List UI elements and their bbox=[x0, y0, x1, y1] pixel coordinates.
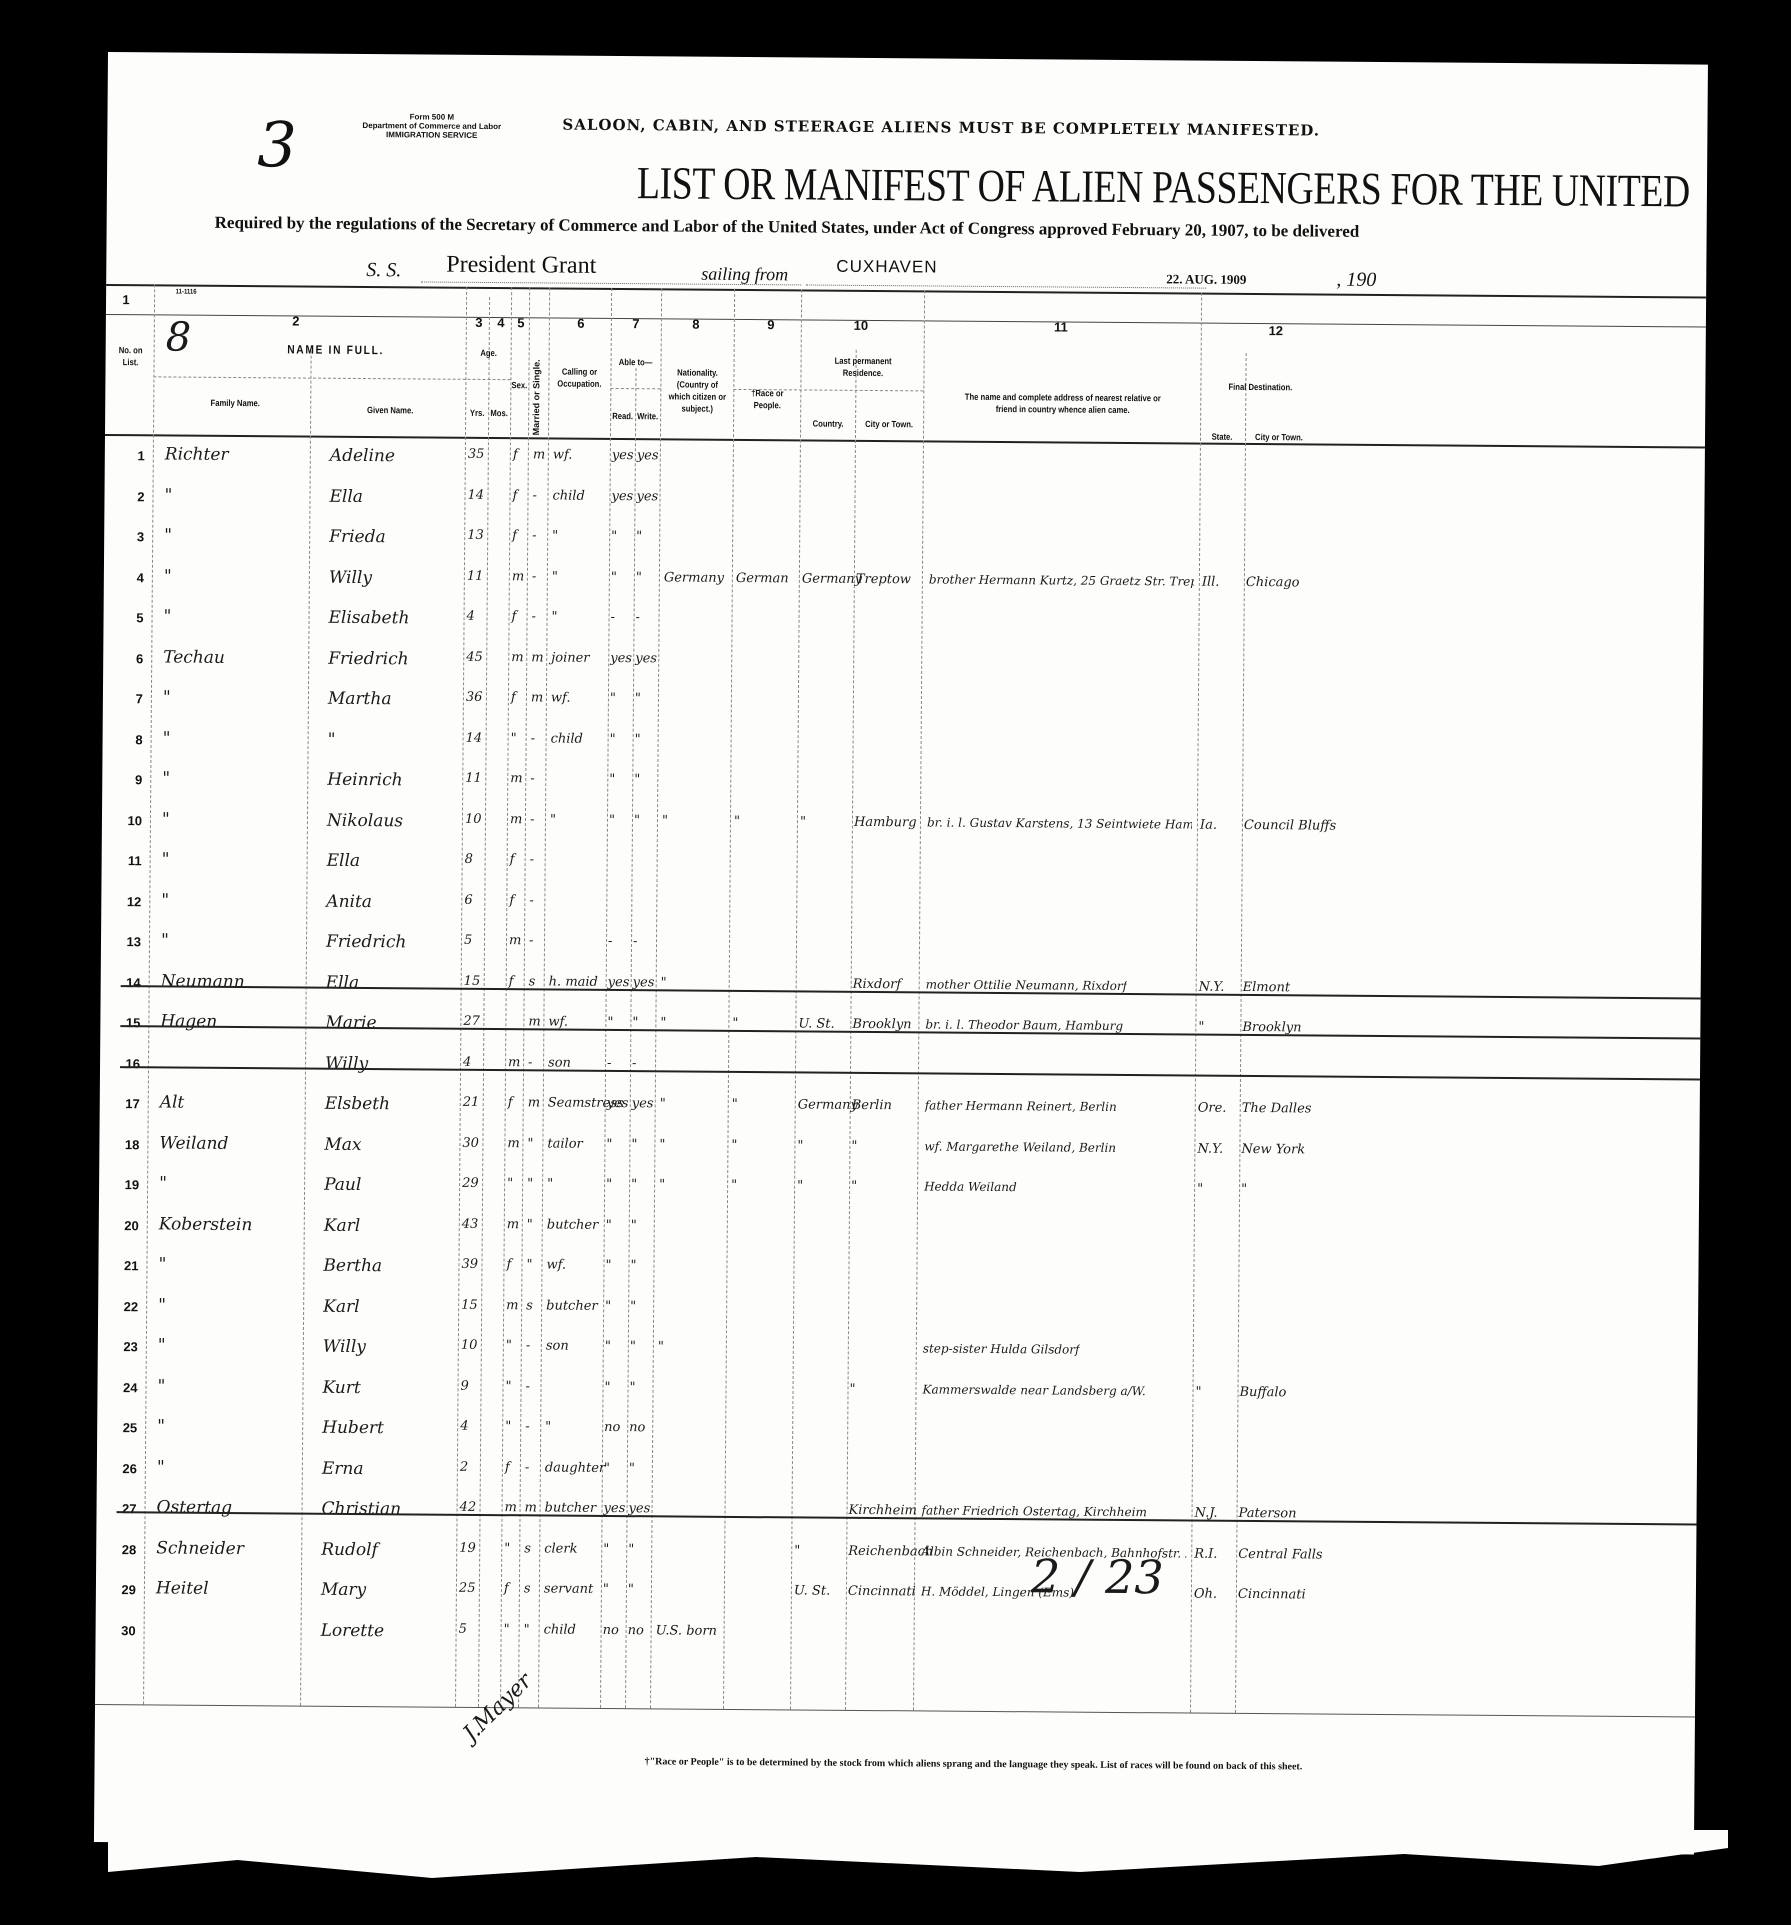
age: 6 bbox=[464, 892, 472, 907]
residence-city: Hamburg bbox=[854, 814, 917, 829]
age: 10 bbox=[461, 1338, 478, 1353]
row-number: 23 bbox=[98, 1339, 138, 1354]
family-name: " bbox=[162, 809, 170, 829]
ship-prefix: S. S. bbox=[366, 259, 401, 282]
given-name: " bbox=[328, 729, 336, 749]
manifest-banner: SALOON, CABIN, AND STEERAGE ALIENS MUST … bbox=[562, 116, 1320, 140]
destination-city: Cincinnati bbox=[1238, 1587, 1306, 1603]
header-city: City or Town. bbox=[862, 418, 916, 430]
row-number: 29 bbox=[96, 1582, 136, 1597]
family-name: " bbox=[163, 728, 171, 748]
can-write: " bbox=[632, 1015, 638, 1030]
can-write: yes bbox=[629, 1501, 651, 1516]
sex: " bbox=[505, 1379, 511, 1394]
given-name: Anita bbox=[326, 891, 372, 911]
header-able-to: Able to— bbox=[616, 356, 655, 368]
sex: f bbox=[504, 1581, 509, 1596]
document-title: LIST OR MANIFEST OF ALIEN PASSENGERS FOR… bbox=[637, 156, 1690, 217]
row-number: 9 bbox=[102, 772, 142, 787]
given-name: Karl bbox=[323, 1296, 360, 1316]
sex: f bbox=[513, 447, 518, 462]
can-write: " bbox=[636, 529, 642, 544]
age: 4 bbox=[460, 1419, 468, 1434]
occupation: son bbox=[548, 1055, 571, 1070]
year-suffix: , 190 bbox=[1336, 269, 1376, 292]
residence-country: U. St. bbox=[798, 1016, 834, 1031]
can-read: yes bbox=[610, 650, 632, 665]
given-name: Elsbeth bbox=[325, 1094, 390, 1115]
residence-city: " bbox=[849, 1381, 855, 1396]
occupation: " bbox=[552, 569, 558, 584]
destination-city: Buffalo bbox=[1239, 1384, 1286, 1399]
nationality: " bbox=[660, 1096, 666, 1111]
occupation: " bbox=[552, 529, 558, 544]
destination-state: N.Y. bbox=[1197, 1141, 1223, 1156]
header-final-destination: Final Destination. bbox=[1214, 381, 1308, 394]
given-name: Karl bbox=[324, 1215, 361, 1235]
age: 8 bbox=[465, 852, 473, 867]
sex: f bbox=[510, 852, 515, 867]
destination-state: Ore. bbox=[1198, 1101, 1227, 1116]
family-name: Ostertag bbox=[156, 1497, 232, 1518]
destination-city: The Dalles bbox=[1242, 1101, 1312, 1117]
nearest-relative: brother Hermann Kurtz, 25 Graetz Str. Tr… bbox=[929, 572, 1194, 588]
tally-annotation: 2 / 23 bbox=[1031, 1549, 1164, 1604]
can-write: " bbox=[628, 1542, 634, 1557]
date-stamp: 22. AUG. 1909 bbox=[1166, 271, 1246, 288]
can-read: yes bbox=[604, 1501, 626, 1516]
given-name: Max bbox=[324, 1134, 361, 1154]
age: 15 bbox=[461, 1297, 478, 1312]
header-read: Read. bbox=[612, 410, 633, 422]
can-read: " bbox=[611, 569, 617, 584]
header-last-residence: Last permanent Residence. bbox=[814, 355, 912, 380]
sex: f bbox=[512, 488, 517, 503]
race: " bbox=[731, 1178, 737, 1193]
marital-status: - bbox=[532, 488, 537, 503]
race: " bbox=[732, 1016, 738, 1031]
family-name: " bbox=[158, 1254, 166, 1274]
age: 35 bbox=[468, 447, 485, 462]
age: 36 bbox=[466, 690, 483, 705]
nearest-relative: step-sister Hulda Gilsdorf bbox=[923, 1341, 1080, 1356]
row-number: 16 bbox=[100, 1055, 140, 1070]
family-name: " bbox=[158, 1335, 166, 1355]
can-write: yes bbox=[632, 1096, 654, 1111]
destination-city: Chicago bbox=[1246, 574, 1300, 589]
sex: " bbox=[511, 731, 517, 746]
age: 25 bbox=[459, 1581, 476, 1596]
can-write: no bbox=[628, 1623, 644, 1638]
can-read: no bbox=[604, 1420, 620, 1435]
race-footnote: †"Race or People" is to be determined by… bbox=[645, 1756, 1303, 1772]
can-read: " bbox=[603, 1541, 609, 1556]
occupation: daughter bbox=[545, 1460, 605, 1475]
can-read: " bbox=[603, 1582, 609, 1597]
marital-status: - bbox=[529, 893, 534, 908]
nearest-relative: wf. Margarethe Weiland, Berlin bbox=[924, 1139, 1116, 1155]
nationality: " bbox=[659, 1177, 665, 1192]
sex: m bbox=[510, 812, 522, 827]
can-read: yes bbox=[608, 974, 630, 989]
family-name: Koberstein bbox=[159, 1214, 253, 1235]
given-name: Erna bbox=[322, 1458, 364, 1478]
row-number: 14 bbox=[101, 974, 141, 989]
nationality: " bbox=[661, 975, 667, 990]
occupation: butcher bbox=[546, 1298, 598, 1313]
family-name: Techau bbox=[163, 647, 225, 667]
list-mark: 8 bbox=[166, 314, 192, 360]
marital-status: m bbox=[525, 1500, 537, 1515]
residence-country: U. St. bbox=[794, 1583, 830, 1598]
family-name: " bbox=[163, 687, 171, 707]
sex: f bbox=[508, 1095, 513, 1110]
family-name: " bbox=[164, 525, 172, 545]
family-name: Neumann bbox=[161, 971, 245, 992]
can-write: " bbox=[631, 1218, 637, 1233]
header-yrs: Yrs. bbox=[468, 407, 487, 419]
can-write: " bbox=[630, 1299, 636, 1314]
sex: f bbox=[511, 690, 516, 705]
given-name: Mary bbox=[321, 1580, 366, 1600]
can-write: yes bbox=[637, 448, 659, 463]
row-number: 18 bbox=[99, 1136, 139, 1151]
family-name: " bbox=[159, 1173, 167, 1193]
can-write: no bbox=[629, 1420, 645, 1435]
header-nationality: Nationality. (Country of which citizen o… bbox=[667, 366, 727, 414]
given-name: Lorette bbox=[321, 1620, 385, 1640]
row-number: 1 bbox=[105, 448, 145, 463]
header-family-name: Family Name. bbox=[193, 397, 278, 410]
marital-status: " bbox=[527, 1217, 533, 1232]
marital-status: - bbox=[530, 812, 535, 827]
occupation: wf. bbox=[553, 448, 573, 463]
destination-city: Central Falls bbox=[1238, 1546, 1322, 1562]
destination-state: " bbox=[1198, 1020, 1204, 1035]
age: 5 bbox=[464, 933, 472, 948]
can-read: " bbox=[606, 1136, 612, 1151]
occupation: servant bbox=[544, 1581, 593, 1596]
row-number: 3 bbox=[104, 529, 144, 544]
header-married-single: Married or Single. bbox=[531, 347, 542, 435]
marital-status: - bbox=[532, 569, 537, 584]
family-name: Richter bbox=[165, 444, 229, 464]
given-name: Willy bbox=[329, 567, 372, 587]
can-read: " bbox=[605, 1258, 611, 1273]
can-write: " bbox=[629, 1461, 635, 1476]
marital-status: s bbox=[529, 974, 536, 989]
family-name: Weiland bbox=[159, 1133, 228, 1154]
sex: " bbox=[507, 1176, 513, 1191]
can-read: " bbox=[606, 1177, 612, 1192]
header-no-on-list: No. on List. bbox=[114, 344, 148, 368]
can-write: yes bbox=[636, 489, 658, 504]
given-name: Adeline bbox=[330, 446, 395, 467]
header-state: State. bbox=[1204, 431, 1240, 443]
family-name: " bbox=[164, 485, 172, 505]
row-number: 10 bbox=[102, 812, 142, 827]
given-name: Bertha bbox=[323, 1256, 382, 1276]
age: 19 bbox=[459, 1540, 476, 1555]
family-name: " bbox=[162, 768, 170, 788]
destination-state: N.Y. bbox=[1199, 979, 1225, 994]
nearest-relative: br. i. l. Gustav Karstens, 13 Seintwiete… bbox=[927, 815, 1192, 831]
occupation: wf. bbox=[548, 1014, 568, 1029]
can-read: " bbox=[607, 1015, 613, 1030]
row-number: 19 bbox=[99, 1177, 139, 1192]
race: German bbox=[736, 570, 789, 585]
marital-status: - bbox=[530, 771, 535, 786]
age: 39 bbox=[461, 1257, 478, 1272]
residence-country: " bbox=[794, 1543, 800, 1558]
can-write: yes bbox=[633, 975, 655, 990]
can-read: - bbox=[611, 610, 616, 625]
row-number: 21 bbox=[98, 1258, 138, 1273]
marital-status: m bbox=[531, 690, 543, 705]
given-name: Willy bbox=[323, 1337, 366, 1357]
destination-state: R.I. bbox=[1194, 1546, 1217, 1561]
residence-city: " bbox=[851, 1138, 857, 1153]
destination-city: Council Bluffs bbox=[1244, 817, 1336, 833]
residence-city: Berlin bbox=[852, 1098, 892, 1113]
ship-name: President Grant bbox=[446, 252, 596, 280]
occupation: child bbox=[551, 731, 583, 746]
sex: f bbox=[509, 974, 514, 989]
row-number: 27 bbox=[97, 1501, 137, 1516]
header-mos: Mos. bbox=[490, 407, 509, 419]
nationality: " bbox=[660, 1015, 666, 1030]
age: 42 bbox=[460, 1500, 477, 1515]
occupation: wf. bbox=[546, 1257, 566, 1272]
marital-status: " bbox=[526, 1257, 532, 1272]
can-write: yes bbox=[635, 651, 657, 666]
nearest-relative: father Hermann Reinert, Berlin bbox=[925, 1098, 1117, 1114]
age: 30 bbox=[462, 1135, 479, 1150]
given-name: Friedrich bbox=[328, 648, 408, 669]
occupation: " bbox=[545, 1419, 551, 1434]
given-name: Willy bbox=[325, 1053, 368, 1073]
occupation: " bbox=[547, 1176, 553, 1191]
marital-status: " bbox=[524, 1622, 530, 1637]
age: 14 bbox=[466, 730, 483, 745]
family-name: " bbox=[157, 1416, 165, 1436]
occupation: joiner bbox=[551, 650, 589, 665]
nearest-relative: br. i. l. Theodor Baum, Hamburg bbox=[925, 1017, 1123, 1033]
can-read: " bbox=[604, 1379, 610, 1394]
marital-status: " bbox=[527, 1136, 533, 1151]
can-read: " bbox=[610, 731, 616, 746]
can-read: yes bbox=[607, 1096, 629, 1111]
nationality: " bbox=[658, 1339, 664, 1354]
age: 10 bbox=[465, 811, 482, 826]
residence-country: " bbox=[797, 1138, 803, 1153]
sex: f bbox=[509, 893, 514, 908]
row-number: 26 bbox=[97, 1460, 137, 1475]
can-read: " bbox=[604, 1460, 610, 1475]
age: 4 bbox=[467, 609, 475, 624]
race: " bbox=[734, 813, 740, 828]
can-read: " bbox=[609, 812, 615, 827]
age: 2 bbox=[460, 1459, 468, 1474]
given-name: Elisabeth bbox=[328, 608, 409, 629]
age: 21 bbox=[463, 1095, 480, 1110]
given-name: Ella bbox=[326, 972, 360, 992]
family-name: Hagen bbox=[160, 1011, 217, 1031]
sex: m bbox=[512, 569, 524, 584]
residence-country: Germany bbox=[798, 1097, 858, 1112]
residence-country: " bbox=[800, 814, 806, 829]
sex: " bbox=[505, 1419, 511, 1434]
row-number: 11 bbox=[102, 853, 142, 868]
sex: f bbox=[512, 609, 517, 624]
manifest-page: 3 Form 500 M Department of Commerce and … bbox=[94, 52, 1708, 1855]
can-write: " bbox=[635, 732, 641, 747]
row-number: 25 bbox=[97, 1420, 137, 1435]
destination-state: Oh. bbox=[1194, 1587, 1217, 1602]
can-write: - bbox=[636, 610, 641, 625]
can-read: - bbox=[607, 1055, 612, 1070]
occupation: clerk bbox=[544, 1541, 577, 1556]
family-name: " bbox=[164, 566, 172, 586]
torn-paper-edge bbox=[108, 1830, 1728, 1890]
header-race: †Race or People. bbox=[740, 387, 795, 411]
age: 14 bbox=[467, 487, 484, 502]
can-write: " bbox=[630, 1339, 636, 1354]
race: " bbox=[731, 1137, 737, 1152]
nationality: U.S. born bbox=[656, 1623, 717, 1638]
given-name: Frieda bbox=[329, 527, 386, 547]
age: 43 bbox=[462, 1216, 479, 1231]
occupation: " bbox=[550, 812, 556, 827]
occupation: child bbox=[552, 488, 584, 503]
marital-status: m bbox=[533, 447, 545, 462]
marital-status: " bbox=[527, 1176, 533, 1191]
header-name-in-full: NAME IN FULL. bbox=[259, 343, 412, 356]
sex: m bbox=[511, 650, 523, 665]
residence-city: Treptow bbox=[856, 571, 911, 586]
sex: m bbox=[509, 933, 521, 948]
port-of-departure: CUXHAVEN bbox=[836, 257, 937, 278]
age: 5 bbox=[459, 1621, 467, 1636]
nearest-relative: Hedda Weiland bbox=[924, 1179, 1017, 1194]
can-read: " bbox=[611, 529, 617, 544]
sex: " bbox=[506, 1338, 512, 1353]
family-name: " bbox=[163, 606, 171, 626]
destination-state: Ill. bbox=[1202, 574, 1220, 589]
family-name: " bbox=[158, 1295, 166, 1315]
can-read: yes bbox=[612, 448, 634, 463]
family-name: Alt bbox=[160, 1092, 185, 1112]
row-number: 15 bbox=[100, 1015, 140, 1030]
occupation: tailor bbox=[547, 1136, 582, 1151]
header-country: Country. bbox=[806, 417, 850, 429]
given-name: Heinrich bbox=[327, 770, 402, 791]
row-number: 12 bbox=[101, 893, 141, 908]
form-identifier: Form 500 M Department of Commerce and La… bbox=[362, 112, 501, 140]
sheet-code: 11-1116 bbox=[169, 286, 203, 298]
ship-line: S. S. President Grant sailing from CUXHA… bbox=[246, 258, 1726, 270]
family-name: Schneider bbox=[156, 1538, 244, 1559]
sex: m bbox=[507, 1217, 519, 1232]
row-number: 2 bbox=[104, 488, 144, 503]
family-name: Heitel bbox=[156, 1578, 209, 1598]
age: 11 bbox=[465, 771, 482, 786]
family-name: " bbox=[157, 1457, 165, 1477]
sex: m bbox=[505, 1500, 517, 1515]
can-read: - bbox=[608, 934, 613, 949]
occupation: butcher bbox=[547, 1217, 599, 1232]
sex: " bbox=[504, 1541, 510, 1556]
row-number: 22 bbox=[98, 1298, 138, 1313]
family-name: " bbox=[161, 930, 169, 950]
row-number: 17 bbox=[100, 1096, 140, 1111]
residence-city: " bbox=[851, 1179, 857, 1194]
row-number: 4 bbox=[104, 569, 144, 584]
nearest-relative: Kammerswalde near Landsberg a/W. bbox=[922, 1382, 1145, 1398]
row-number: 20 bbox=[99, 1217, 139, 1232]
can-write: " bbox=[628, 1582, 634, 1597]
residence-country: " bbox=[797, 1178, 803, 1193]
row-number: 8 bbox=[103, 731, 143, 746]
header-write: Write. bbox=[637, 410, 658, 422]
sailing-from-label: sailing from bbox=[701, 264, 788, 286]
marital-status: - bbox=[529, 933, 534, 948]
given-name: Rudolf bbox=[321, 1539, 378, 1559]
can-read: " bbox=[605, 1339, 611, 1354]
marital-status: - bbox=[532, 528, 537, 543]
can-read: no bbox=[603, 1622, 619, 1637]
can-read: " bbox=[606, 1217, 612, 1232]
destination-state: Ia. bbox=[1200, 817, 1217, 832]
given-name: Friedrich bbox=[326, 932, 406, 953]
sex: f bbox=[505, 1460, 510, 1475]
family-name: " bbox=[161, 890, 169, 910]
age: 13 bbox=[467, 528, 484, 543]
age: 11 bbox=[467, 568, 484, 583]
header-calling: Calling or Occupation. bbox=[556, 366, 604, 390]
can-write: " bbox=[636, 570, 642, 585]
sex: f bbox=[512, 528, 517, 543]
marital-status: s bbox=[524, 1581, 531, 1596]
occupation: " bbox=[552, 610, 558, 625]
header-dest-city: City or Town. bbox=[1252, 431, 1306, 443]
given-name: Christian bbox=[321, 1499, 401, 1520]
given-name: Paul bbox=[324, 1175, 361, 1195]
row-number: 6 bbox=[103, 650, 143, 665]
marital-status: - bbox=[526, 1338, 531, 1353]
can-write: " bbox=[635, 691, 641, 706]
nationality: " bbox=[659, 1137, 665, 1152]
sex: m bbox=[507, 1136, 519, 1151]
marital-status: - bbox=[532, 609, 537, 624]
given-name: Kurt bbox=[322, 1377, 360, 1397]
destination-city: " bbox=[1241, 1182, 1247, 1197]
age: 45 bbox=[466, 649, 483, 664]
destination-state: " bbox=[1197, 1182, 1203, 1197]
age: 27 bbox=[463, 1014, 480, 1029]
residence-country: Germany bbox=[802, 571, 862, 586]
header-age: Age. bbox=[472, 347, 506, 359]
can-read: yes bbox=[611, 488, 633, 503]
sex: m bbox=[510, 771, 522, 786]
page-number: 3 bbox=[257, 108, 297, 181]
can-read: " bbox=[605, 1298, 611, 1313]
given-name: Martha bbox=[328, 689, 392, 709]
marital-status: - bbox=[528, 1055, 533, 1070]
family-name: " bbox=[157, 1376, 165, 1396]
residence-city: Cincinnati bbox=[848, 1584, 916, 1600]
marital-status: s bbox=[526, 1298, 533, 1313]
